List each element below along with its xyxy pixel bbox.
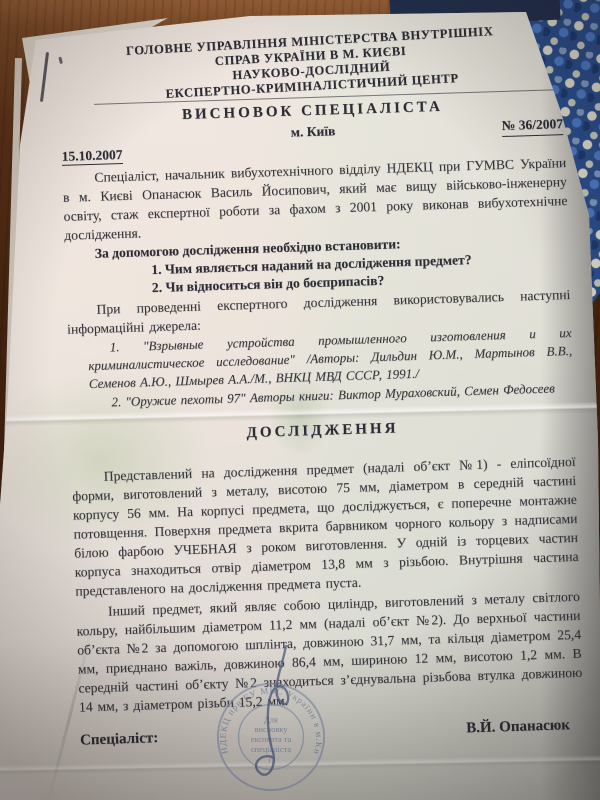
staple-mark — [40, 52, 49, 102]
research-heading: ДОСЛІДЖЕННЯ — [70, 414, 574, 449]
signature-label: Спеціаліст: — [80, 729, 159, 750]
city-label: м. Київ — [290, 121, 335, 141]
photo-of-document: ГОЛОВНЕ УПРАВЛІННЯ МІНІСТЕРСТВА ВНУТРІШН… — [0, 0, 600, 800]
org-header: ГОЛОВНЕ УПРАВЛІННЯ МІНІСТЕРСТВА ВНУТРІШН… — [58, 20, 565, 107]
document-number: № 36/2007 — [501, 114, 563, 137]
document-content: ГОЛОВНЕ УПРАВЛІННЯ МІНІСТЕРСТВА ВНУТРІШН… — [58, 26, 584, 750]
body-paragraph: Представлений на дослідження предмет (на… — [72, 452, 580, 601]
document-date: 15.10.2007 — [61, 147, 122, 166]
signature-name: В.Й. Опанасюк — [466, 716, 570, 738]
handwritten-signature — [228, 640, 318, 795]
document-page: ГОЛОВНЕ УПРАВЛІННЯ МІНІСТЕРСТВА ВНУТРІШН… — [0, 0, 600, 800]
